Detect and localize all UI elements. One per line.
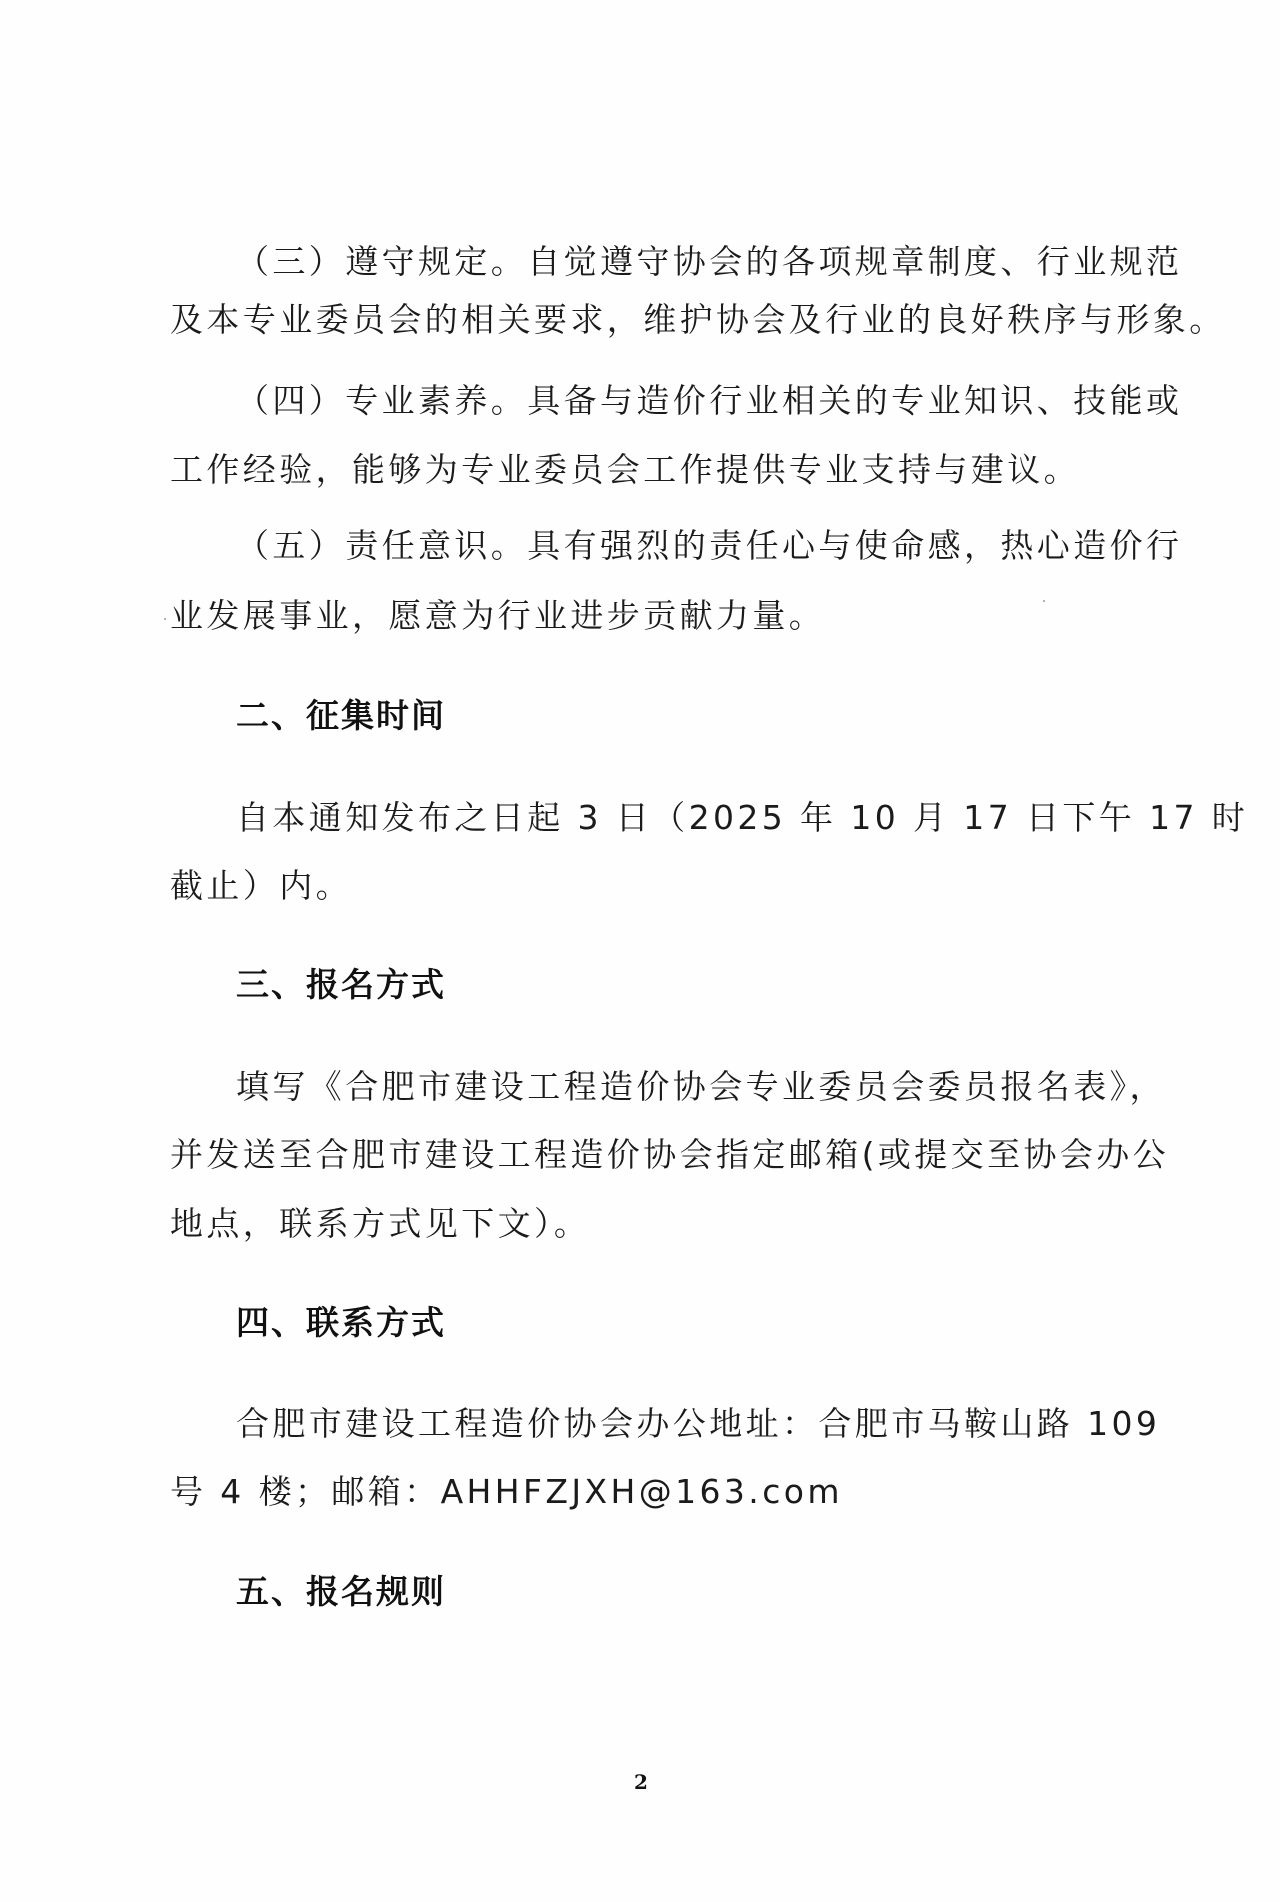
section-heading-contact: 四、联系方式 bbox=[236, 1303, 446, 1343]
registration-method-line-3: 地点，联系方式见下文）。 bbox=[170, 1204, 1130, 1244]
scan-speck bbox=[164, 618, 166, 620]
scan-speck bbox=[1043, 600, 1045, 602]
page-number: 2 bbox=[634, 1770, 648, 1794]
registration-method-line-2: 并发送至合肥市建设工程造价协会指定邮箱(或提交至协会办公 bbox=[170, 1135, 1130, 1175]
registration-method-line-1: 填写《合肥市建设工程造价协会专业委员会委员报名表》， bbox=[236, 1067, 1136, 1107]
item-5-line-2: 业发展事业，愿意为行业进步贡献力量。 bbox=[170, 596, 1130, 636]
item-4-line-1: （四）专业素养。具备与造价行业相关的专业知识、技能或 bbox=[236, 381, 1136, 421]
section-heading-registration-rules: 五、报名规则 bbox=[236, 1572, 446, 1612]
item-5-line-1: （五）责任意识。具有强烈的责任心与使命感，热心造价行 bbox=[236, 526, 1136, 566]
collection-time-line-1: 自本通知发布之日起 3 日（2025 年 10 月 17 日下午 17 时 bbox=[236, 798, 1136, 838]
section-heading-registration-method: 三、报名方式 bbox=[236, 965, 446, 1005]
collection-time-line-2: 截止）内。 bbox=[170, 866, 1130, 906]
document-page: （三）遵守规定。自觉遵守协会的各项规章制度、行业规范 及本专业委员会的相关要求，… bbox=[0, 0, 1280, 1903]
contact-address-line-1: 合肥市建设工程造价协会办公地址：合肥市马鞍山路 109 bbox=[236, 1404, 1136, 1444]
item-3-line-1: （三）遵守规定。自觉遵守协会的各项规章制度、行业规范 bbox=[236, 242, 1136, 282]
section-heading-collection-time: 二、征集时间 bbox=[236, 696, 446, 736]
item-3-line-2: 及本专业委员会的相关要求，维护协会及行业的良好秩序与形象。 bbox=[170, 300, 1130, 340]
contact-email-line: 号 4 楼；邮箱：AHHFZJXH@163.com bbox=[170, 1472, 1130, 1512]
item-4-line-2: 工作经验，能够为专业委员会工作提供专业支持与建议。 bbox=[170, 450, 1130, 490]
